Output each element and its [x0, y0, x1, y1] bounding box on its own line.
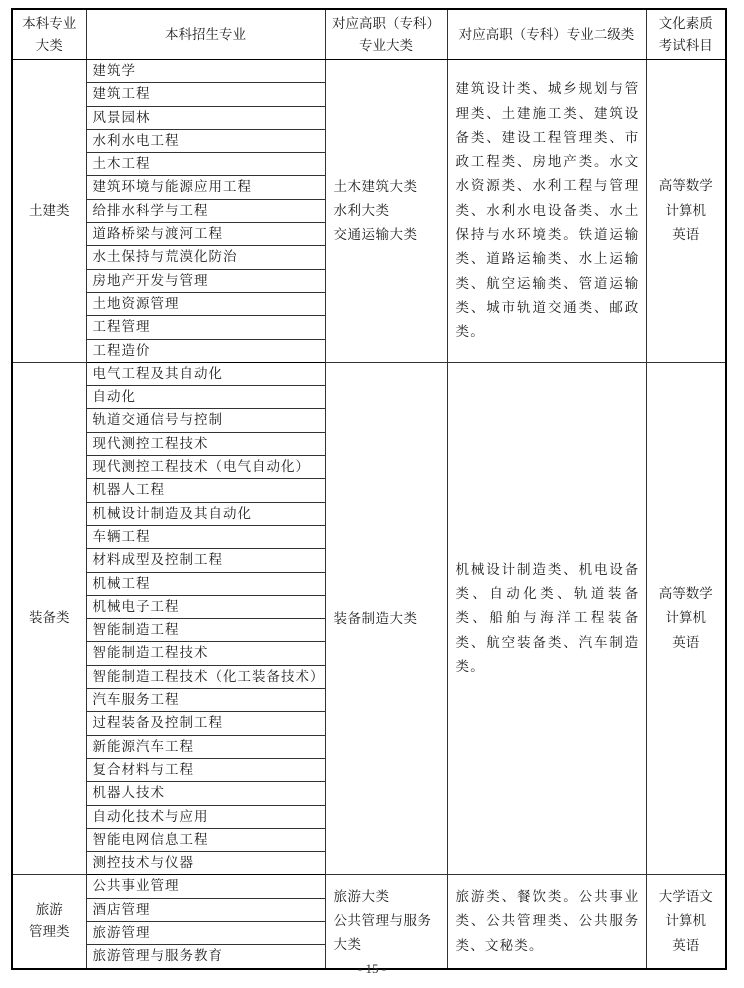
major-cell: 土地资源管理: [86, 292, 325, 315]
major-cell: 建筑工程: [86, 83, 325, 106]
header-text: 本科招生专业: [87, 24, 325, 46]
major-cell: 风景园林: [86, 106, 325, 129]
vocational-category-label: 土木建筑大类: [334, 175, 447, 199]
header-text: 对应高职（专科）: [326, 13, 447, 35]
category-label: 管理类: [13, 921, 86, 943]
major-cell: 汽车服务工程: [86, 689, 325, 712]
category-label: 装备类: [13, 607, 86, 629]
major-cell: 智能制造工程技术（化工装备技术）: [86, 665, 325, 688]
major-cell: 机械电子工程: [86, 595, 325, 618]
header-text: 文化素质: [647, 13, 726, 35]
major-cell: 房地产开发与管理: [86, 269, 325, 292]
page-number: - 15 -: [0, 961, 744, 977]
vocational-category-label: 交通运输大类: [334, 223, 447, 247]
major-cell: 自动化技术与应用: [86, 805, 325, 828]
vocational-category-label: 公共管理与服务: [334, 909, 447, 933]
exam-subject-label: 英语: [647, 934, 726, 958]
major-cell: 智能制造工程: [86, 619, 325, 642]
category-cell: 旅游管理类: [12, 875, 86, 969]
category-label: 旅游: [13, 899, 86, 921]
major-cell: 水利水电工程: [86, 129, 325, 152]
major-mapping-table: 本科专业大类 本科招生专业 对应高职（专科）专业大类 对应高职（专科）专业二级类…: [11, 8, 727, 970]
table-row: 装备类电气工程及其自动化装备制造大类机械设计制造类、机电设备类、自动化类、轨道装…: [12, 362, 726, 385]
major-cell: 工程管理: [86, 316, 325, 339]
major-cell: 机器人工程: [86, 479, 325, 502]
header-vocational-category: 对应高职（专科）专业大类: [325, 9, 447, 60]
exam-subjects-cell: 高等数学计算机英语: [646, 60, 726, 363]
vocational-subcategory-cell: 建筑设计类、城乡规划与管理类、土建施工类、建筑设备类、建设工程管理类、市政工程类…: [447, 60, 646, 363]
category-cell: 装备类: [12, 362, 86, 875]
header-text: 对应高职（专科）专业二级类: [448, 24, 646, 46]
major-cell: 材料成型及控制工程: [86, 549, 325, 572]
major-cell: 电气工程及其自动化: [86, 362, 325, 385]
table-row: 土建类建筑学土木建筑大类水利大类交通运输大类建筑设计类、城乡规划与管理类、土建施…: [12, 60, 726, 83]
header-undergrad-major: 本科招生专业: [86, 9, 325, 60]
major-cell: 机械设计制造及其自动化: [86, 502, 325, 525]
header-text: 本科专业: [13, 13, 86, 35]
vocational-category-cell: 装备制造大类: [325, 362, 447, 875]
table-row: 旅游管理类公共事业管理旅游大类公共管理与服务大类旅游类、餐饮类。公共事业类、公共…: [12, 875, 726, 898]
major-cell: 酒店管理: [86, 898, 325, 921]
category-cell: 土建类: [12, 60, 86, 363]
major-cell: 现代测控工程技术（电气自动化）: [86, 456, 325, 479]
exam-subject-label: 计算机: [647, 199, 726, 223]
vocational-category-cell: 土木建筑大类水利大类交通运输大类: [325, 60, 447, 363]
major-cell: 智能制造工程技术: [86, 642, 325, 665]
vocational-category-cell: 旅游大类公共管理与服务大类: [325, 875, 447, 969]
vocational-subcategory-cell: 旅游类、餐饮类。公共事业类、公共管理类、公共服务类、文秘类。: [447, 875, 646, 969]
vocational-subcategory-cell: 机械设计制造类、机电设备类、自动化类、轨道装备类、船舶与海洋工程装备类、航空装备…: [447, 362, 646, 875]
header-exam-subjects: 文化素质考试科目: [646, 9, 726, 60]
exam-subjects-cell: 高等数学计算机英语: [646, 362, 726, 875]
major-cell: 智能电网信息工程: [86, 828, 325, 851]
major-cell: 工程造价: [86, 339, 325, 362]
exam-subject-label: 计算机: [647, 606, 726, 630]
major-cell: 水土保持与荒漠化防治: [86, 246, 325, 269]
header-text: 专业大类: [326, 35, 447, 57]
exam-subject-label: 高等数学: [647, 174, 726, 198]
major-cell: 复合材料与工程: [86, 758, 325, 781]
major-cell: 自动化: [86, 386, 325, 409]
exam-subject-label: 英语: [647, 223, 726, 247]
major-cell: 过程装备及控制工程: [86, 712, 325, 735]
major-cell: 新能源汽车工程: [86, 735, 325, 758]
header-undergrad-category: 本科专业大类: [12, 9, 86, 60]
exam-subject-label: 大学语文: [647, 885, 726, 909]
major-cell: 公共事业管理: [86, 875, 325, 898]
major-cell: 现代测控工程技术: [86, 432, 325, 455]
vocational-category-label: 装备制造大类: [334, 607, 447, 631]
major-cell: 土木工程: [86, 153, 325, 176]
major-cell: 测控技术与仪器: [86, 852, 325, 875]
table-header: 本科专业大类 本科招生专业 对应高职（专科）专业大类 对应高职（专科）专业二级类…: [12, 9, 726, 60]
major-cell: 建筑环境与能源应用工程: [86, 176, 325, 199]
major-cell: 给排水科学与工程: [86, 199, 325, 222]
header-text: 大类: [13, 35, 86, 57]
exam-subject-label: 高等数学: [647, 582, 726, 606]
major-cell: 建筑学: [86, 60, 325, 83]
vocational-category-label: 旅游大类: [334, 885, 447, 909]
table-body: 土建类建筑学土木建筑大类水利大类交通运输大类建筑设计类、城乡规划与管理类、土建施…: [12, 60, 726, 969]
major-cell: 轨道交通信号与控制: [86, 409, 325, 432]
category-label: 土建类: [13, 200, 86, 222]
header-vocational-subcategory: 对应高职（专科）专业二级类: [447, 9, 646, 60]
exam-subjects-cell: 大学语文计算机英语: [646, 875, 726, 969]
major-cell: 旅游管理: [86, 921, 325, 944]
major-cell: 道路桥梁与渡河工程: [86, 223, 325, 246]
major-cell: 机械工程: [86, 572, 325, 595]
header-text: 考试科目: [647, 35, 726, 57]
exam-subject-label: 英语: [647, 631, 726, 655]
vocational-category-label: 水利大类: [334, 199, 447, 223]
vocational-category-label: 大类: [334, 933, 447, 957]
major-cell: 机器人技术: [86, 782, 325, 805]
major-cell: 车辆工程: [86, 525, 325, 548]
exam-subject-label: 计算机: [647, 909, 726, 933]
